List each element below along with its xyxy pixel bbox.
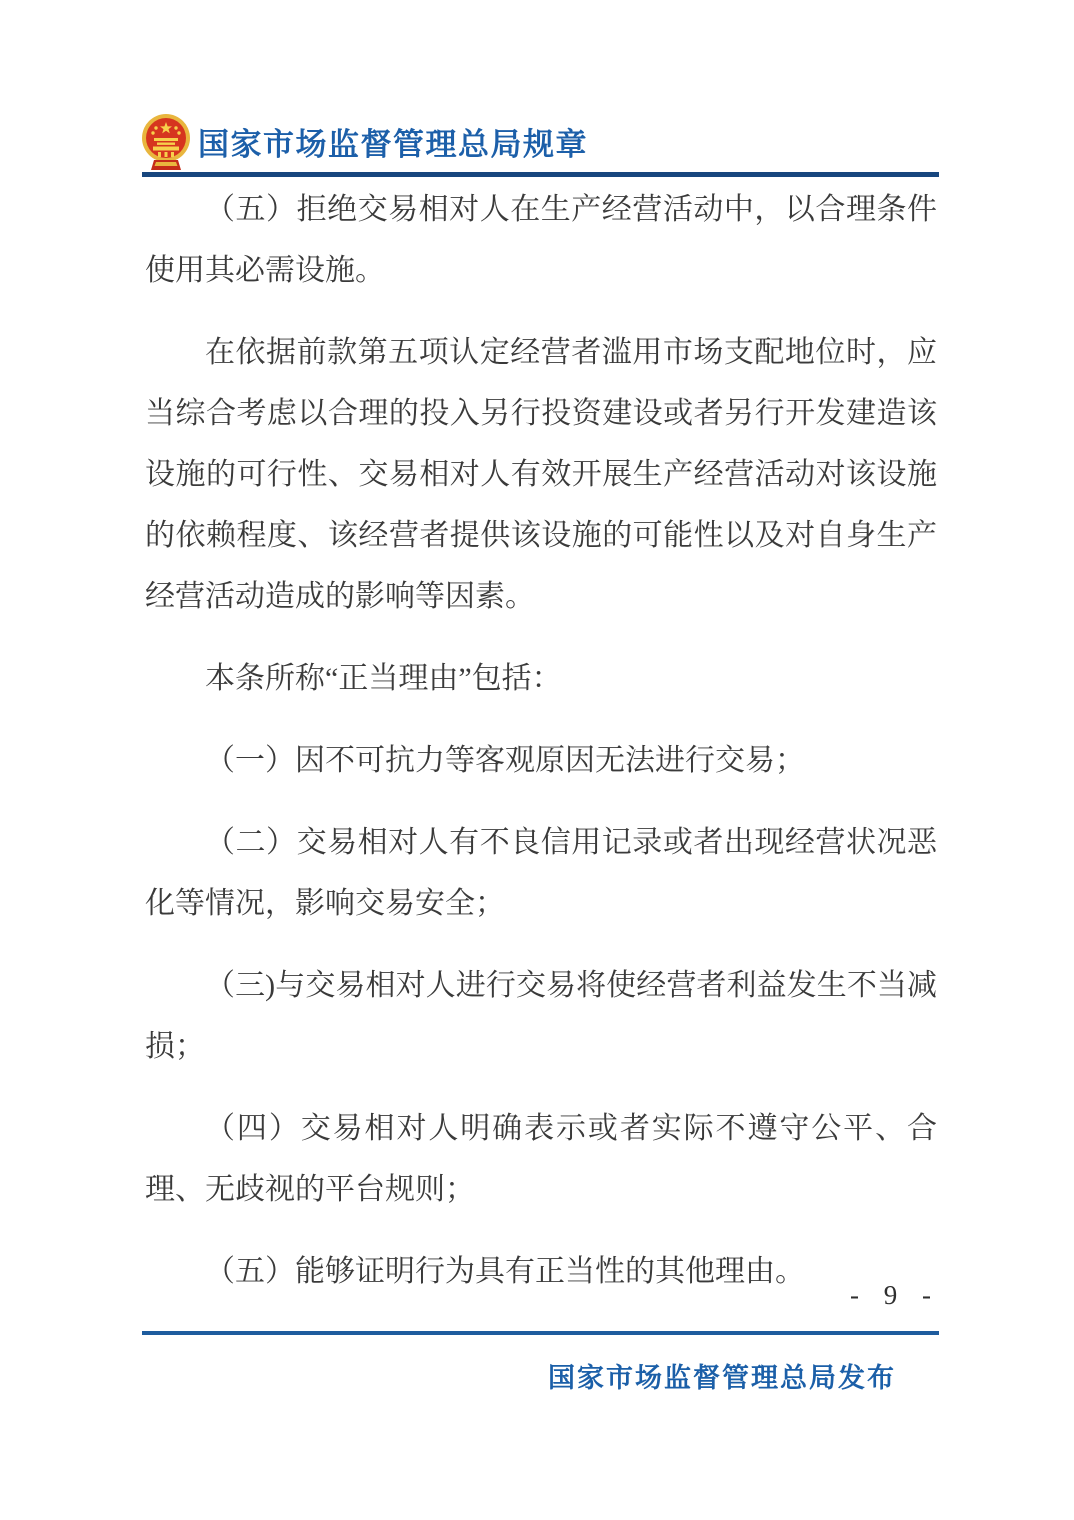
body-paragraph-8: （五）能够证明行为具有正当性的其他理由。	[145, 1241, 937, 1302]
header-title: 国家市场监督管理总局规章	[198, 119, 588, 164]
header-divider	[142, 172, 939, 177]
publisher-label: 国家市场监督管理总局发布	[548, 1356, 896, 1395]
body-paragraph-7: （四）交易相对人明确表示或者实际不遵守公平、合理、无歧视的平台规则；	[145, 1098, 937, 1220]
document-body: （五）拒绝交易相对人在生产经营活动中，以合理条件使用其必需设施。 在依据前款第五…	[145, 179, 937, 1323]
body-paragraph-6: （三)与交易相对人进行交易将使经营者利益发生不当减损；	[145, 955, 937, 1077]
page-number: - 9 -	[850, 1280, 940, 1311]
body-paragraph-4: （一）因不可抗力等客观原因无法进行交易；	[145, 730, 937, 791]
document-page: 国家市场监督管理总局规章 （五）拒绝交易相对人在生产经营活动中，以合理条件使用其…	[0, 0, 1074, 1520]
body-paragraph-1: （五）拒绝交易相对人在生产经营活动中，以合理条件使用其必需设施。	[145, 179, 937, 301]
body-paragraph-2: 在依据前款第五项认定经营者滥用市场支配地位时，应当综合考虑以合理的投入另行投资建…	[145, 322, 937, 627]
page-header: 国家市场监督管理总局规章	[141, 112, 588, 170]
body-paragraph-5: （二）交易相对人有不良信用记录或者出现经营状况恶化等情况，影响交易安全；	[145, 812, 937, 934]
body-paragraph-3: 本条所称“正当理由”包括：	[145, 648, 937, 709]
national-emblem-icon	[141, 112, 191, 170]
footer-divider	[142, 1331, 939, 1335]
